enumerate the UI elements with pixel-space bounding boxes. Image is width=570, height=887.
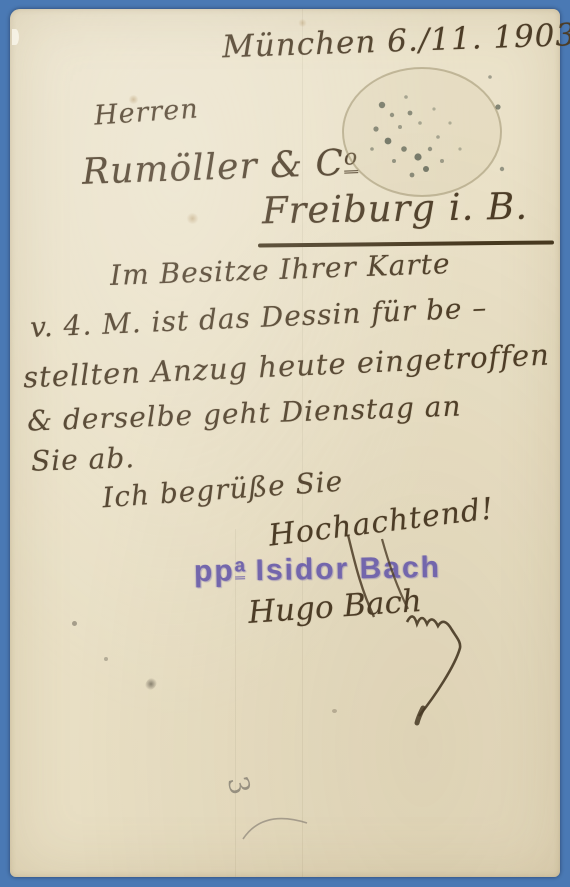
body-line-3: stellten Anzug heute eingetroffen bbox=[23, 338, 551, 395]
foxing-spot bbox=[298, 19, 307, 27]
ink-speck bbox=[104, 657, 108, 661]
recipient-name: Rumöller & Co bbox=[81, 142, 359, 193]
signature-flourish bbox=[405, 604, 485, 729]
body-line-2: v. 4. M. ist das Dessin für be – bbox=[29, 291, 487, 344]
foxing-spot bbox=[186, 213, 199, 224]
ink-speck bbox=[332, 709, 337, 713]
recipient-name-main: Rumöller & C bbox=[81, 143, 344, 193]
postmark-speckles bbox=[370, 75, 504, 177]
stamp-name: Isidor Bach bbox=[245, 551, 441, 587]
body-line-5: Sie ab. bbox=[30, 441, 135, 478]
corner-chip bbox=[12, 29, 19, 45]
stamp-superscript: a bbox=[234, 555, 245, 579]
body-line-4: & derselbe geht Dienstag an bbox=[27, 389, 462, 437]
postcard: München 6./11. 1903. Herren Rumöller & C… bbox=[10, 9, 560, 877]
pencil-curve bbox=[215, 761, 335, 851]
stamp-prefix: pp bbox=[194, 554, 235, 588]
recipient-name-superscript: o bbox=[343, 145, 358, 173]
pencil-annotations: 3 bbox=[215, 761, 335, 851]
paper-crease bbox=[302, 9, 303, 877]
dateline: München 6./11. 1903. bbox=[221, 17, 570, 66]
ink-speck bbox=[72, 621, 77, 626]
pencil-note: 3 bbox=[221, 773, 257, 798]
ink-speck bbox=[143, 675, 160, 692]
closing-greeting: Ich begrüße Sie bbox=[101, 465, 344, 515]
foxing-spot bbox=[128, 95, 139, 104]
signature: Hugo Bach bbox=[247, 583, 423, 631]
scan-background: { "postcard": { "dateline": "München 6./… bbox=[0, 0, 570, 887]
body-line-1: Im Besitze Ihrer Karte bbox=[110, 247, 452, 292]
recipient-salutation: Herren bbox=[93, 93, 200, 131]
recipient-city: Freiburg i. B. bbox=[262, 185, 529, 233]
